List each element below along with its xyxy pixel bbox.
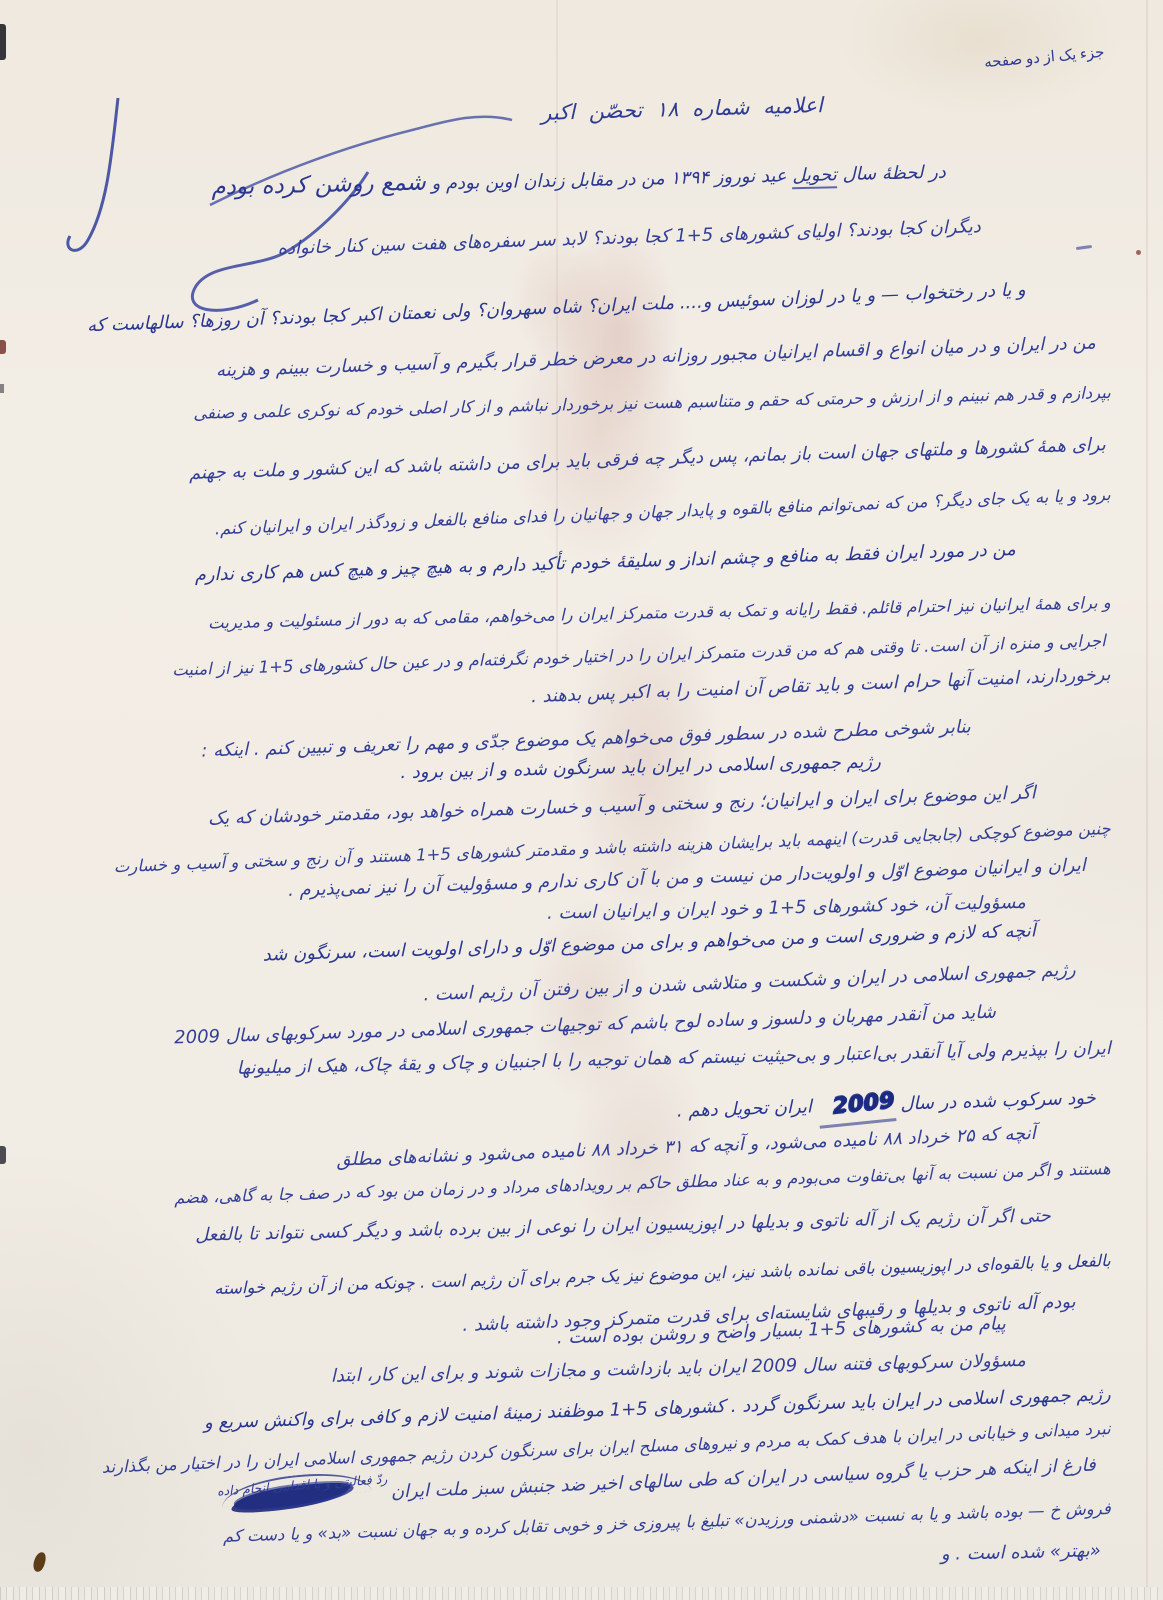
line1-start: در لحظهٔ سال xyxy=(842,162,946,185)
scan-noise-band xyxy=(0,1587,1163,1600)
line22-start: خود سرکوب شده در سال xyxy=(900,1087,1096,1114)
line22-end: ایران تحویل دهم . xyxy=(677,1096,813,1121)
scribble-blot: ردّ فعالیتی و یا اقدامی انجام داده xyxy=(227,1480,378,1512)
handwritten-text-block: اعلامیه شماره ۱۸ تحصّن اکبر در لحظهٔ سال… xyxy=(0,0,1163,1568)
handwriting-line: در لحظهٔ سال تحویل عید نوروز ۱۳۹۴ من در … xyxy=(16,146,1112,213)
line1-flourish-phrase: شمع روشن کرده بودم xyxy=(211,170,426,201)
line1-middle: عید نوروز ۱۳۹۴ من در مقابل زندان اوین بو… xyxy=(431,165,786,194)
handwriting-line: دیگران کجا بودند؟ اولیای کشورهای 5+1 کجا… xyxy=(16,206,1112,274)
underlined-word: تحویل xyxy=(792,164,837,189)
scanned-page: جزء یک از دو صفحه اعلامیه شماره ۱۸ تحصّن… xyxy=(0,0,1163,1600)
declaration-title: اعلامیه شماره ۱۸ تحصّن اکبر xyxy=(15,76,1111,149)
